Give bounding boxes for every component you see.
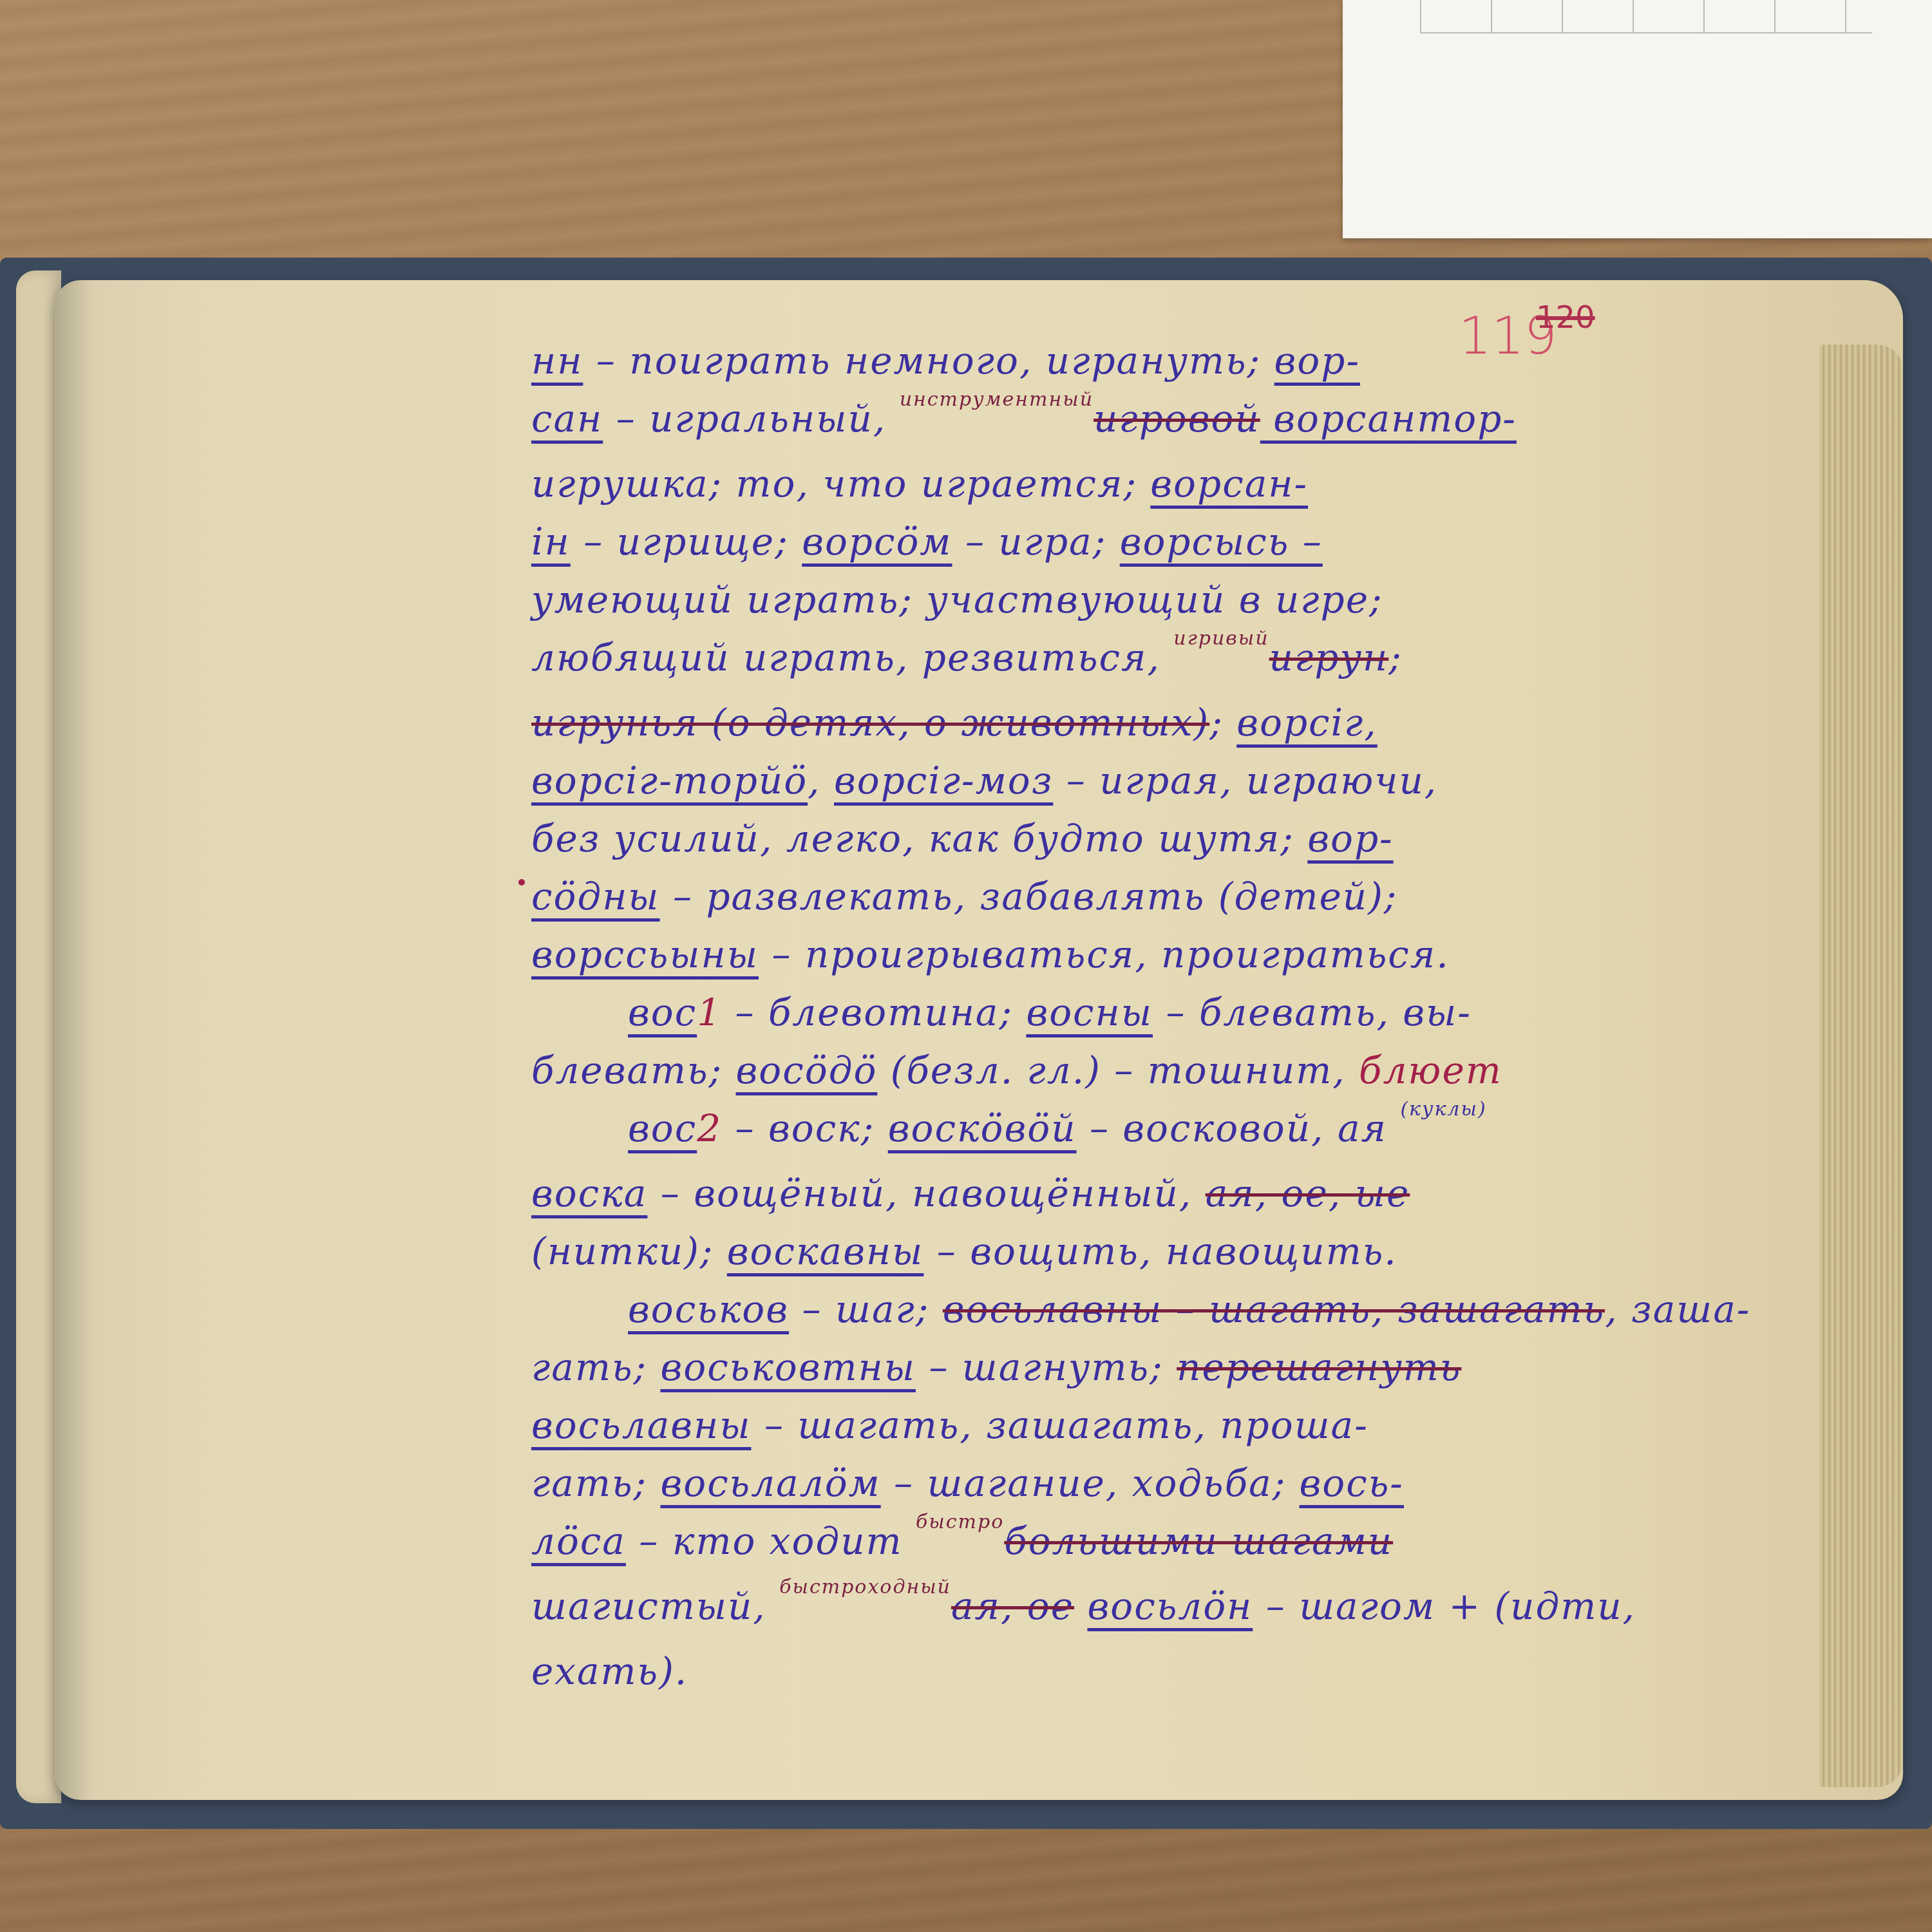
headword: вос — [628, 1106, 697, 1150]
definition: – шаг; — [789, 1287, 943, 1331]
homonym-index: 1 — [697, 990, 722, 1034]
text-line-9: без усилий, легко, как будто шутя; вор- — [531, 810, 1851, 867]
headword: вор- — [1274, 339, 1360, 383]
text-line-12: вос1 – блевотина; восны – блевать, вы- — [531, 983, 1851, 1041]
correction-insert: инструментный — [900, 388, 1094, 411]
definition: – вощёный, навощённый, — [647, 1171, 1205, 1215]
definition: (нитки); — [531, 1229, 727, 1273]
card-grid-lines — [1420, 0, 1872, 33]
text-line-20: гать; восьлалӧм – шагание, ходьба; вось- — [531, 1454, 1851, 1512]
definition: – игральный, — [603, 397, 899, 440]
text-line-2: сан – игральный, инструментныйигровой во… — [531, 390, 1851, 455]
struck-text: перешагнуть — [1177, 1345, 1461, 1389]
definition: – восковой, ая — [1076, 1106, 1400, 1150]
notebook: 119 120 нн – поиграть немного, игрануть;… — [0, 251, 1932, 1932]
text-line-17: воськов – шаг; восьлавны – шагать, зашаг… — [531, 1280, 1851, 1338]
homonym-index: 2 — [697, 1106, 722, 1150]
text-line-6: любящий играть, резвиться, игривыйигрун; — [531, 629, 1851, 694]
headword: воска — [531, 1171, 647, 1215]
headword: лӧса — [531, 1519, 626, 1563]
headword: воскавны — [727, 1229, 924, 1273]
headword: воскӧвӧй — [888, 1106, 1077, 1150]
definition: блевать; — [531, 1048, 736, 1092]
text-line-7: игрунья (о детях, о животных); ворсіг, — [531, 694, 1851, 752]
headword: ворсіг, — [1236, 701, 1378, 744]
text-line-23: ехать). — [531, 1642, 1851, 1700]
text-line-19: восьлавны – шагать, зашагать, проша- — [531, 1396, 1851, 1454]
struck-text: игрун — [1269, 636, 1389, 679]
text-line-8: ворсіг-торйӧ, ворсіг-моз – играя, играюч… — [531, 752, 1851, 810]
definition: – поиграть немного, игрануть; — [583, 339, 1274, 383]
headword: ворсантор- — [1260, 397, 1517, 440]
definition: – шагание, ходьба; — [881, 1461, 1300, 1505]
text-line-1: нн – поиграть немного, игрануть; вор- — [531, 332, 1851, 390]
headword: ворсан- — [1150, 462, 1308, 506]
definition: – развлекать, забавлять (детей); — [660, 875, 1398, 918]
definition: – кто ходит — [626, 1519, 916, 1563]
text-line-11: ворссьыны – проигрываться, проиграться. — [531, 925, 1851, 983]
text-line-3: игрушка; то, что играется; ворсан- — [531, 455, 1851, 513]
correction-insert: (куклы) — [1400, 1098, 1486, 1121]
definition: игрушка; то, что играется; — [531, 462, 1150, 506]
headword: ворсысь – — [1120, 520, 1323, 563]
headword: вос — [628, 990, 697, 1034]
text-line-10: сӧдны – развлекать, забавлять (детей); — [531, 867, 1851, 925]
headword: восьлӧн — [1087, 1584, 1253, 1628]
notebook-page: 119 120 нн – поиграть немного, игрануть;… — [55, 280, 1903, 1800]
headword: воськовтны — [660, 1345, 916, 1389]
headword: ін — [531, 520, 571, 563]
text-line-15: воска – вощёный, навощённый, ая, ое, ые — [531, 1164, 1851, 1222]
punctuation: ; — [1388, 636, 1403, 679]
headword: восны — [1026, 990, 1153, 1034]
definition: – шагать, зашагать, проша- — [751, 1403, 1368, 1447]
correction-insert: быстро — [916, 1511, 1004, 1533]
correction-insert: игривый — [1173, 627, 1269, 650]
headword: ворссьыны — [531, 933, 759, 976]
definition: – шагом + (идти, — [1253, 1584, 1636, 1628]
definition: шагистый, — [531, 1584, 779, 1628]
headword: сан — [531, 397, 603, 440]
struck-text: большими шагами — [1004, 1519, 1393, 1563]
headword: сӧдны — [531, 875, 660, 918]
definition: гать; — [531, 1345, 660, 1389]
red-ink-dot — [518, 879, 525, 885]
definition: , заша- — [1605, 1287, 1750, 1331]
punctuation: , — [808, 759, 834, 802]
definition: умеющий играть; участвующий в игре; — [531, 578, 1383, 621]
spacer — [1074, 1584, 1087, 1628]
punctuation: ; — [1209, 701, 1236, 744]
correction-insert: быстроходный — [779, 1576, 951, 1598]
definition: – игра; — [952, 520, 1119, 563]
correction-insert: блюет — [1359, 1048, 1502, 1092]
struck-text: игровой — [1094, 397, 1260, 440]
headword: воськов — [628, 1287, 789, 1331]
headword: нн — [531, 339, 583, 383]
headword: вор- — [1307, 817, 1393, 860]
headword: вось- — [1300, 1461, 1404, 1505]
text-line-21: лӧса – кто ходит быстробольшими шагами — [531, 1512, 1851, 1577]
text-line-16: (нитки); воскавны – вощить, навощить. — [531, 1222, 1851, 1280]
headword: ворсіг-моз — [834, 759, 1053, 802]
struck-text: ая, ое, ые — [1206, 1171, 1410, 1215]
definition: без усилий, легко, как будто шутя; — [531, 817, 1307, 860]
definition: любящий играть, резвиться, — [531, 636, 1173, 679]
definition: – блевать, вы- — [1153, 990, 1472, 1034]
struck-text: игрунья (о детях, о животных) — [531, 701, 1209, 744]
page-number-crossed-out: 120 — [1536, 299, 1595, 336]
definition: – воск; — [722, 1106, 888, 1150]
definition: – проигрываться, проиграться. — [759, 933, 1450, 976]
page-gutter-shadow — [55, 280, 93, 1800]
text-line-22: шагистый, быстроходныйая, ое восьлӧн – ш… — [531, 1577, 1851, 1642]
headword: восьлавны — [531, 1403, 751, 1447]
handwritten-text: нн – поиграть немного, игрануть; вор- са… — [531, 332, 1851, 1700]
definition: – вощить, навощить. — [923, 1229, 1397, 1273]
struck-text: ая, ое — [951, 1584, 1074, 1628]
definition: – блевотина; — [722, 990, 1026, 1034]
headword: восьлалӧм — [660, 1461, 880, 1505]
white-card — [1343, 0, 1932, 238]
text-line-18: гать; воськовтны – шагнуть; перешагнуть — [531, 1338, 1851, 1396]
headword: восӧдӧ — [736, 1048, 878, 1092]
text-line-4: ін – игрище; ворсӧм – игра; ворсысь – — [531, 513, 1851, 571]
definition: – шагнуть; — [916, 1345, 1177, 1389]
definition: ехать). — [531, 1649, 688, 1693]
definition: (безл. гл.) – тошнит, — [877, 1048, 1359, 1092]
definition: – играя, играючи, — [1053, 759, 1437, 802]
struck-text: восьлавны – шагать, зашагать — [943, 1287, 1605, 1331]
headword: ворсӧм — [802, 520, 952, 563]
text-line-13: блевать; восӧдӧ (безл. гл.) – тошнит, бл… — [531, 1041, 1851, 1099]
text-line-14: вос2 – воск; воскӧвӧй – восковой, ая (ку… — [531, 1099, 1851, 1164]
definition: – игрище; — [571, 520, 802, 563]
text-line-5: умеющий играть; участвующий в игре; — [531, 571, 1851, 629]
definition: гать; — [531, 1461, 660, 1505]
headword: ворсіг-торйӧ — [531, 759, 808, 802]
